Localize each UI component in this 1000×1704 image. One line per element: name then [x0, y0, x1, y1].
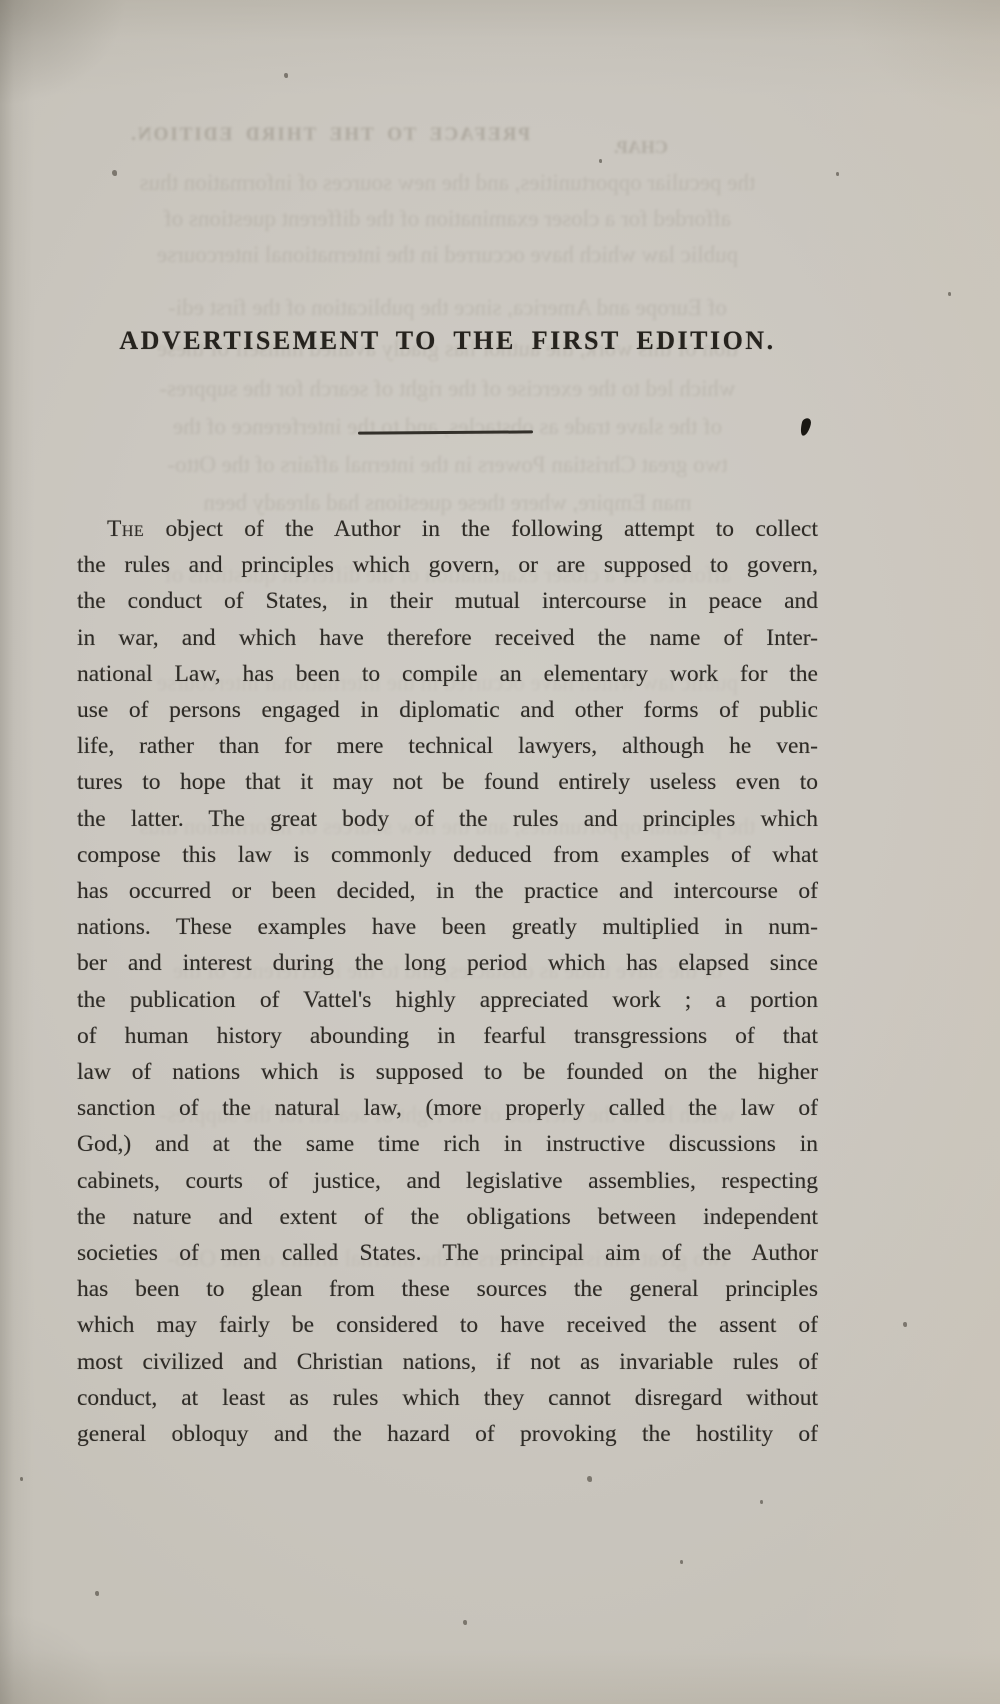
text-line: general obloquy and the hazard of provok… — [77, 1416, 818, 1452]
paper-speck — [760, 1500, 763, 1504]
text-line: the conduct of States, in their mutual i… — [77, 583, 818, 619]
paper-speck — [903, 1322, 907, 1327]
text-line: life, rather than for mere technical law… — [77, 728, 818, 764]
paper-speck — [948, 292, 951, 296]
text-line: in war, and which have therefore receive… — [77, 620, 818, 656]
paragraph: The object of the Author in the followin… — [0, 0, 1000, 1704]
paper-speck — [680, 1560, 683, 1564]
paper-speck — [284, 73, 288, 78]
paper-speck — [112, 170, 117, 176]
text-line: the publication of Vattel's highly appre… — [77, 982, 818, 1018]
text-line: conduct, at least as rules which they ca… — [77, 1380, 818, 1416]
text-line: compose this law is commonly deduced fro… — [77, 837, 818, 873]
text-line: the rules and principles which govern, o… — [77, 547, 818, 583]
paper-speck — [587, 1476, 592, 1482]
text-line: cabinets, courts of justice, and legisla… — [77, 1163, 818, 1199]
text-line: the nature and extent of the obligations… — [77, 1199, 818, 1235]
text-line: has been to glean from these sources the… — [77, 1271, 818, 1307]
paper-speck — [463, 1620, 467, 1625]
text-line: has occurred or been decided, in the pra… — [77, 873, 818, 909]
paper-speck — [836, 172, 839, 176]
paper-speck — [95, 1591, 99, 1596]
text-line: ber and interest during the long period … — [77, 945, 818, 981]
text-line: sanction of the natural law, (more prope… — [77, 1090, 818, 1126]
text-line: the latter. The great body of the rules … — [77, 801, 818, 837]
book-page: PREFACE TO THE THIRD EDITION.CHAP.the pe… — [0, 0, 1000, 1704]
text-line: of human history abounding in fearful tr… — [77, 1018, 818, 1054]
small-caps-lead: The — [107, 516, 144, 542]
text-line: use of persons engaged in diplomatic and… — [77, 692, 818, 728]
text-line: law of nations which is supposed to be f… — [77, 1054, 818, 1090]
text-line: nations. These examples have been greatl… — [77, 909, 818, 945]
text-line: God,) and at the same time rich in instr… — [77, 1126, 818, 1162]
paper-speck — [599, 159, 602, 163]
text-line: national Law, has been to compile an ele… — [77, 656, 818, 692]
text-line: which may fairly be considered to have r… — [77, 1307, 818, 1343]
text-line: tures to hope that it may not be found e… — [77, 764, 818, 800]
paper-speck — [20, 1477, 23, 1481]
text-line: most civilized and Christian nations, if… — [77, 1344, 818, 1380]
text-line: The object of the Author in the followin… — [77, 511, 818, 547]
text-line: societies of men called States. The prin… — [77, 1235, 818, 1271]
